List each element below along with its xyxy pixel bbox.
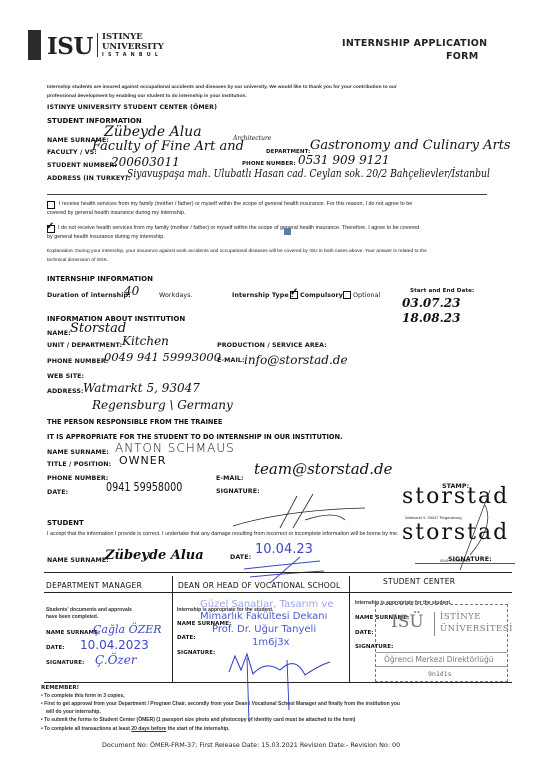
dean-signature [225,650,335,725]
stamp-inner-line1 [376,652,507,653]
unit-label: UNIT / DEPARTMENT: [47,342,122,349]
student-decl-heading: STUDENT [47,519,84,527]
internship-type-label: Internship Type : [232,292,294,299]
faculty-value[interactable]: Faculty of Fine Art and [92,139,244,154]
logo-city: ISTANBUL [102,53,162,58]
responsible-title-value[interactable]: OWNER [119,454,166,467]
stamp-logo-divider [434,612,435,636]
checkmark-icon: ✓ [290,289,298,297]
insurance-option2-line2: by general health insurance during my in… [47,233,165,241]
logo-name-line1: ISTINYE [102,32,143,42]
checkmark-icon: ✓ [46,223,54,231]
responsible-phone-label: PHONE NUMBER: [47,475,108,482]
student-name-value[interactable]: Zübeyde Alua [104,124,202,140]
dept-manager-signature-label: SIGNATURE: [46,660,84,666]
remember-item-3-text: To submit the forms to Student Center (Ö… [44,717,355,723]
dept-manager-name-value[interactable]: Çağla ÖZER [93,623,162,636]
dept-manager-note-line2: have been completed. [46,614,98,620]
logo-name-line2: UNIVERSITY [102,42,164,52]
remember-item-1-text: To complete this form in 3 copies, [44,693,124,699]
dean-stamp-line2: Mimarlık Fakültesi Dekanı [200,611,327,622]
remember-item-4: • To complete all transactions at least … [41,726,229,732]
responsible-phone-value[interactable]: 0941 59958000 [106,480,182,494]
dept-manager-signature-value: Ç.Özer [95,653,137,667]
service-area-label: PRODUCTION / SERVICE AREA: [217,342,327,349]
remember-item-4-text: To complete all transactions at least [44,726,130,732]
signature-line [415,563,515,564]
form-title-line2: FORM [446,51,479,62]
duration-value[interactable]: 40 [124,284,139,298]
insurance-option2-line1: I do not receive health services from my… [58,224,419,232]
approval-header-line [44,592,512,593]
insurance-option1-line2: covered by general health insurance duri… [47,209,185,217]
insurance-option1-line1: I receive health services from my family… [59,200,412,208]
compulsory-label: Compulsory [300,292,343,299]
insurance-option1-checkbox[interactable] [47,201,55,209]
remember-item-2-text: First to get approval from your Departme… [44,701,400,707]
institution-phone-label: PHONE NUMBER: [47,358,108,365]
institution-email-value[interactable]: info@storstad.de [244,353,348,367]
institution-name-label: NAME: [47,330,71,337]
duration-label: Duration of internship: [47,292,131,299]
student-address-label: ADDRESS (IN TURKEY): [47,175,131,182]
office-name: ISTINYE UNIVERSITY STUDENT CENTER (ÖMER) [47,104,217,111]
form-title-line1: INTERNSHIP APPLICATION [342,38,487,49]
unit-value[interactable]: Kitchen [122,334,169,348]
stamp-inner-line2 [376,666,507,667]
institution-email-label: E-MAIL: [217,357,245,364]
dean-stamp-line1: Güzel Sanatlar, Tasarım ve [200,599,333,610]
faculty-note: Architecture [233,135,271,142]
responsible-date-label: DATE: [47,489,68,496]
remember-item-4-emphasis: 20 days before [131,726,166,732]
insurance-explanation-line1: Explanation: During your internship, you… [47,248,427,256]
dean-stamp-line4: 1m6j3x [252,637,290,648]
logo-bar [28,30,41,60]
dean-heading: DEAN OR HEAD OF VOCATIONAL SCHOOL [178,581,340,590]
remember-item-4-tail: the start of the internship. [168,726,230,732]
responsible-heading: THE PERSON RESPONSIBLE FROM THE TRAINEE [47,418,222,426]
dept-manager-note-line1: Students' documents and approvals [46,607,132,613]
responsible-name-label: NAME SURNAME: [47,449,109,456]
logo-abbr: ISU [47,33,93,60]
stamp-name-line1: İSTİNYE [440,612,481,622]
intro-text-line2: professional development by enabling our… [47,94,247,99]
institution-name-value[interactable]: Storstad [70,321,126,336]
dept-manager-date-value[interactable]: 10.04.2023 [80,638,149,652]
student-decl-name-value[interactable]: Zübeyde Alua [105,548,204,563]
student-decl-statement: I accept that the information I provide … [47,530,398,538]
institution-address-line1[interactable]: Watmarkt 5, 93047 [83,381,200,395]
institution-address-line2[interactable]: Regensburg \ Germany [92,398,233,412]
internship-info-heading: INTERNSHIP INFORMATION [47,275,153,283]
logo-divider [97,33,98,57]
institution-address-label: ADDRESS: [47,388,84,395]
dates-label: Start and End Date: [410,288,474,294]
faculty-label: FACULTY / VS: [47,149,97,156]
optional-checkbox[interactable] [343,291,351,299]
address-underline [47,194,487,195]
insurance-explanation-line2: technical dimension of SGK. [47,257,108,265]
student-address-value[interactable]: Siyavuşpaşa mah. Ulubatlı Hasan cad. Cey… [127,167,490,180]
dean-signature-label: SIGNATURE: [177,650,215,656]
remember-heading: REMEMBER! [41,685,79,691]
stamp-logo: ISÜ [391,612,424,632]
scan-mark [284,228,291,235]
student-number-label: STUDENT NUMBER: [47,162,117,169]
department-value[interactable]: Gastronomy and Culinary Arts [310,138,511,153]
stamp-office: Öğrenci Merkezi Direktörlüğü [384,655,494,664]
student-center-heading: STUDENT CENTER [383,577,455,586]
optional-label: Optional [353,292,380,299]
student-decl-name-label: NAME SURNAME: [47,557,109,564]
dean-stamp-line3: Prof. Dr. Uğur Tanyeli [212,624,316,635]
web-site-label: WEB SITE: [47,373,84,380]
responsible-email-label: E-MAIL: [216,475,244,482]
stamp-name-line2: ÜNİVERSİTESİ [440,624,513,634]
student-center-date-label: DATE: [355,630,374,636]
remember-item-1: • To complete this form in 3 copies, [41,693,125,699]
responsible-signature [225,490,375,530]
remember-item-2-cont: will do your internship, [46,709,101,715]
document-info: Document No: ÖMER-FRM-37; First Release … [102,741,400,749]
duration-unit: Workdays. [159,292,193,299]
responsible-title-label: TITLE / POSITION: [47,461,111,468]
dean-date-label: DATE: [177,635,196,641]
stamp-code: 9n1d1s [428,670,451,678]
student-decl-signature-label: SIGNATURE: [448,556,492,563]
dept-manager-heading: DEPARTMENT MANAGER [46,581,142,590]
remember-item-2: • First to get approval from your Depart… [41,701,400,707]
institution-phone-value[interactable]: 0049 941 59993000 [104,350,221,364]
intro-text-line1: Internship students are insured against … [47,85,397,90]
student-phone-value[interactable]: 0531 909 9121 [298,153,390,167]
dept-manager-date-label: DATE: [46,645,65,651]
responsible-name-value[interactable]: ANTON SCHMAUS [115,441,235,455]
remember-item-3: • To submit the forms to Student Center … [41,717,355,723]
responsible-statement: IT IS APPROPRIATE FOR THE STUDENT TO DO … [47,433,343,441]
end-date-value[interactable]: 18.08.23 [402,311,460,325]
approval-top-line [44,572,512,573]
responsible-email-value[interactable]: team@storstad.de [254,460,393,478]
start-date-value[interactable]: 03.07.23 [402,296,460,310]
